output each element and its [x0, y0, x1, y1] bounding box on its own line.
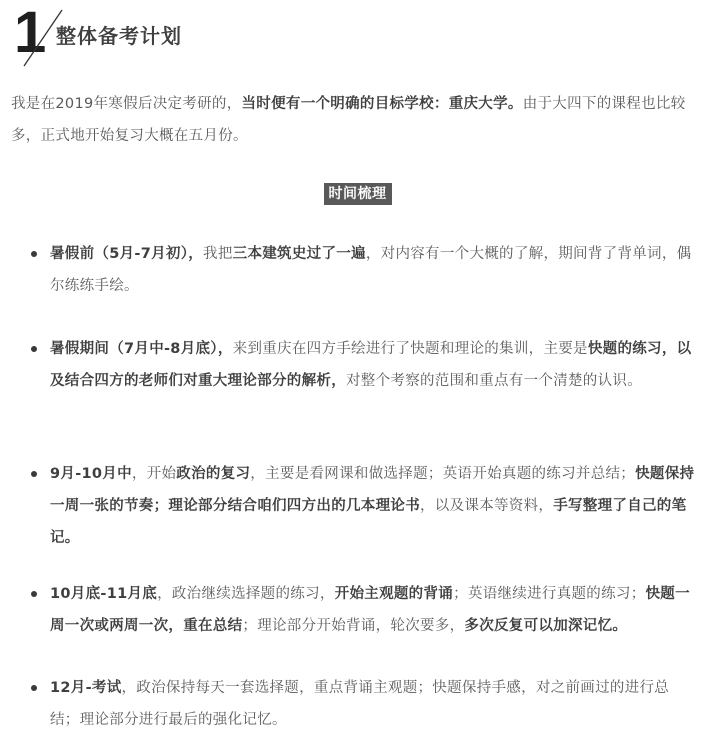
tag-container: 时间梳理 — [0, 183, 715, 205]
timeline-item-text: 9月-10月中，开始政治的复习，主要是看网课和做选择题；英语开始真题的练习并总结… — [50, 466, 694, 546]
section-header: 1 整体备考计划 — [14, 4, 314, 64]
timeline-item-text: 暑假前（5月-7月初），我把三本建筑史过了一遍，对内容有一个大概的了解，期间背了… — [50, 246, 691, 294]
body-text: ；英语继续进行真题的练习； — [453, 586, 645, 602]
section-title: 整体备考计划 — [56, 20, 182, 49]
body-text: 我把 — [203, 246, 233, 262]
timeline-item: 12月-考试，政治保持每天一套选择题，重点背诵主观题；快题保持手感，对之前画过的… — [50, 672, 698, 735]
bullet-icon — [31, 471, 37, 477]
timeline-item: 9月-10月中，开始政治的复习，主要是看网课和做选择题；英语开始真题的练习并总结… — [50, 458, 698, 554]
bullet-icon — [31, 685, 37, 691]
highlight-text: 暑假期间（7月中-8月底）， — [50, 341, 233, 357]
timeline-item-text: 10月底-11月底，政治继续选择题的练习，开始主观题的背诵；英语继续进行真题的练… — [50, 586, 690, 634]
highlight-text: 9月-10月中 — [50, 466, 132, 482]
timeline-item: 10月底-11月底，政治继续选择题的练习，开始主观题的背诵；英语继续进行真题的练… — [50, 578, 698, 642]
timeline-item: 暑假期间（7月中-8月底），来到重庆在四方手绘进行了快题和理论的集训，主要是快题… — [50, 333, 698, 397]
timeline-item-text: 暑假期间（7月中-8月底），来到重庆在四方手绘进行了快题和理论的集训，主要是快题… — [50, 341, 691, 389]
highlight-text: 暑假前（5月-7月初）， — [50, 246, 203, 262]
body-text: ，开始 — [132, 466, 176, 482]
body-text: 对整个考察的范围和重点有一个清楚的认识。 — [346, 373, 642, 389]
highlight-text: 三本建筑史过了一遍 — [233, 246, 366, 262]
timeline-item-text: 12月-考试，政治保持每天一套选择题，重点背诵主观题；快题保持手感，对之前画过的… — [50, 680, 669, 728]
section-tag: 时间梳理 — [324, 183, 392, 205]
timeline-item: 暑假前（5月-7月初），我把三本建筑史过了一遍，对内容有一个大概的了解，期间背了… — [50, 238, 698, 302]
bullet-icon — [31, 251, 37, 257]
intro-text: 我是在2019年寒假后决定考研的， — [11, 96, 242, 112]
body-text: 来到重庆在四方手绘进行了快题和理论的集训，主要是 — [233, 341, 588, 357]
intro-highlight: 当时便有一个明确的目标学校：重庆大学。 — [242, 96, 523, 112]
body-text: ；理论部分开始背诵，轮次要多， — [242, 618, 464, 634]
body-text: ，主要是看网课和做选择题；英语开始真题的练习并总结； — [250, 466, 635, 482]
body-text: ，政治保持每天一套选择题，重点背诵主观题；快题保持手感，对之前画过的进行总结；理… — [50, 680, 669, 728]
highlight-text: 12月-考试 — [50, 680, 122, 696]
highlight-text: 10月底-11月底 — [50, 586, 157, 602]
highlight-text: 开始主观题的背诵 — [335, 586, 453, 602]
body-text: ，政治继续选择题的练习， — [157, 586, 335, 602]
bullet-icon — [31, 591, 37, 597]
body-text: ，以及课本等资料， — [420, 498, 553, 514]
bullet-icon — [31, 346, 37, 352]
intro-paragraph: 我是在2019年寒假后决定考研的，当时便有一个明确的目标学校：重庆大学。由于大四… — [11, 88, 696, 152]
highlight-text: 多次反复可以加深记忆。 — [464, 618, 627, 634]
highlight-text: 政治的复习 — [176, 466, 250, 482]
